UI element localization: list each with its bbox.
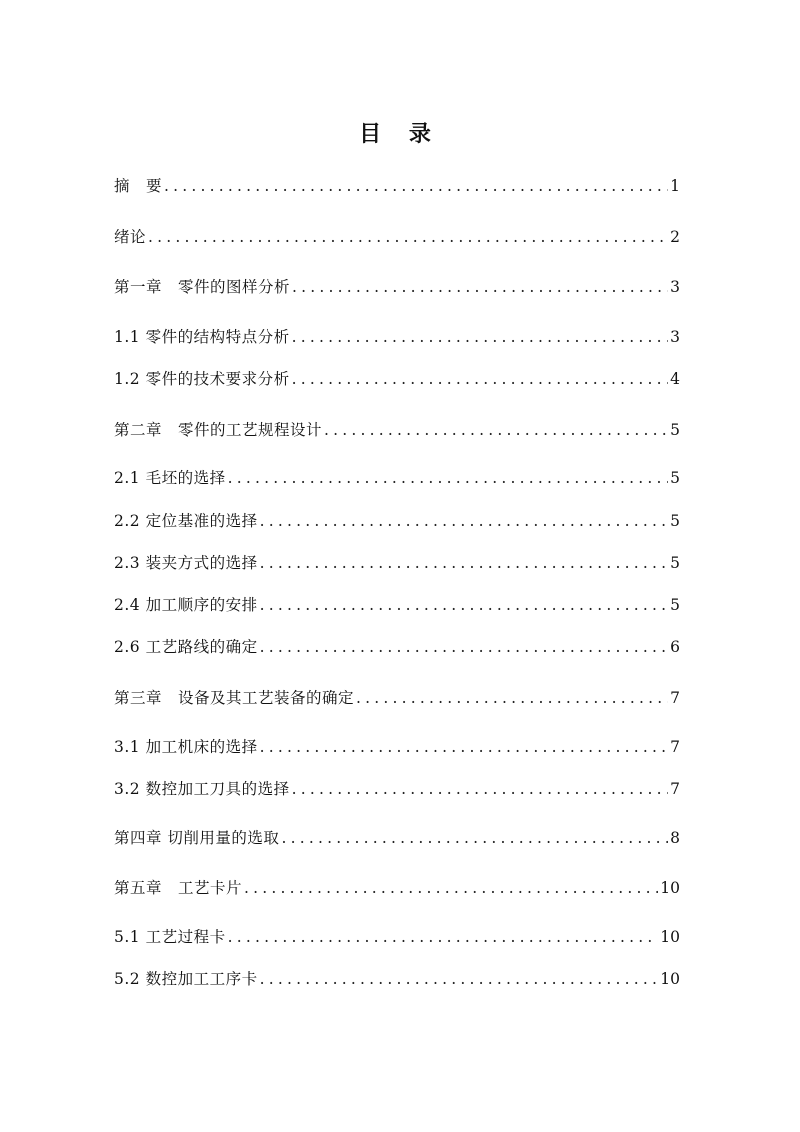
- toc-entry[interactable]: 3.2 数控加工刀具的选择7: [114, 777, 680, 801]
- toc-entry-label: 5.2 数控加工工序卡: [114, 967, 258, 991]
- toc-entry-label: 第五章 工艺卡片: [114, 876, 242, 900]
- toc-entry-page-number: 2: [670, 225, 680, 249]
- dot-leader: [260, 735, 669, 759]
- dot-leader: [324, 418, 668, 442]
- toc-entry-page-number: 7: [670, 735, 680, 759]
- toc-entry-label: 第二章 零件的工艺规程设计: [114, 418, 322, 442]
- toc-entry[interactable]: 5.1 工艺过程卡10: [114, 925, 680, 949]
- dot-leader: [260, 551, 669, 575]
- toc-entry-label: 绪论: [114, 225, 146, 249]
- toc-entry-label: 5.1 工艺过程卡: [114, 925, 226, 949]
- toc-entry-label: 2.2 定位基准的选择: [114, 509, 258, 533]
- dot-leader: [164, 174, 668, 198]
- toc-entry-label: 3.2 数控加工刀具的选择: [114, 777, 290, 801]
- dot-leader: [260, 635, 669, 659]
- toc-entry[interactable]: 摘 要1: [114, 174, 680, 198]
- dot-leader: [292, 777, 669, 801]
- toc-entry-page-number: 10: [660, 925, 680, 949]
- dot-leader: [281, 826, 668, 850]
- dot-leader: [148, 225, 668, 249]
- toc-entry-label: 第一章 零件的图样分析: [114, 275, 290, 299]
- toc-entry-page-number: 8: [670, 826, 680, 850]
- toc-entry-page-number: 10: [660, 876, 680, 900]
- dot-leader: [228, 466, 669, 490]
- toc-entry-label: 2.6 工艺路线的确定: [114, 635, 258, 659]
- dot-leader: [292, 275, 668, 299]
- document-page: 目 录 摘 要1绪论2第一章 零件的图样分析31.1 零件的结构特点分析31.2…: [0, 0, 800, 1132]
- toc-entry[interactable]: 2.2 定位基准的选择5: [114, 509, 680, 533]
- toc-entry-page-number: 7: [670, 777, 680, 801]
- dot-leader: [292, 367, 669, 391]
- toc-entry-page-number: 5: [670, 509, 680, 533]
- dot-leader: [356, 686, 668, 710]
- toc-entry-label: 1.1 零件的结构特点分析: [114, 325, 290, 349]
- toc-entry[interactable]: 第三章 设备及其工艺装备的确定7: [114, 686, 680, 710]
- toc-entry-page-number: 10: [660, 967, 680, 991]
- dot-leader: [244, 876, 658, 900]
- toc-entry-page-number: 6: [670, 635, 680, 659]
- toc-entry[interactable]: 绪论2: [114, 225, 680, 249]
- toc-entry-page-number: 5: [670, 418, 680, 442]
- toc-entry-label: 3.1 加工机床的选择: [114, 735, 258, 759]
- toc-entry[interactable]: 第五章 工艺卡片10: [114, 876, 680, 900]
- toc-entry[interactable]: 2.1 毛坯的选择5: [114, 466, 680, 490]
- toc-entry-label: 2.3 装夹方式的选择: [114, 551, 258, 575]
- dot-leader: [292, 325, 669, 349]
- toc-entry-page-number: 7: [670, 686, 680, 710]
- dot-leader: [228, 925, 659, 949]
- toc-entry[interactable]: 3.1 加工机床的选择7: [114, 735, 680, 759]
- toc-entry[interactable]: 2.6 工艺路线的确定6: [114, 635, 680, 659]
- dot-leader: [260, 593, 669, 617]
- dot-leader: [260, 967, 659, 991]
- toc-entry-page-number: 1: [670, 174, 680, 198]
- toc-entry[interactable]: 2.3 装夹方式的选择5: [114, 551, 680, 575]
- toc-entry-page-number: 3: [670, 275, 680, 299]
- toc-entry-label: 第四章 切削用量的选取: [114, 826, 279, 850]
- toc-entry-page-number: 5: [670, 466, 680, 490]
- toc-entry[interactable]: 1.1 零件的结构特点分析3: [114, 325, 680, 349]
- toc-entry-label: 1.2 零件的技术要求分析: [114, 367, 290, 391]
- toc-entry-page-number: 5: [670, 551, 680, 575]
- dot-leader: [260, 509, 669, 533]
- toc-entry-label: 摘 要: [114, 174, 162, 198]
- toc-entry[interactable]: 第二章 零件的工艺规程设计5: [114, 418, 680, 442]
- toc-entry-label: 2.4 加工顺序的安排: [114, 593, 258, 617]
- toc-entry-page-number: 5: [670, 593, 680, 617]
- toc-entry[interactable]: 第一章 零件的图样分析3: [114, 275, 680, 299]
- page-title: 目 录: [0, 120, 800, 150]
- toc-entry-label: 2.1 毛坯的选择: [114, 466, 226, 490]
- toc-entry-page-number: 4: [670, 367, 680, 391]
- toc-entry[interactable]: 2.4 加工顺序的安排5: [114, 593, 680, 617]
- toc-entry[interactable]: 1.2 零件的技术要求分析4: [114, 367, 680, 391]
- toc-entry[interactable]: 第四章 切削用量的选取8: [114, 826, 680, 850]
- toc-entry-label: 第三章 设备及其工艺装备的确定: [114, 686, 354, 710]
- toc-entry-page-number: 3: [670, 325, 680, 349]
- toc-entry[interactable]: 5.2 数控加工工序卡10: [114, 967, 680, 991]
